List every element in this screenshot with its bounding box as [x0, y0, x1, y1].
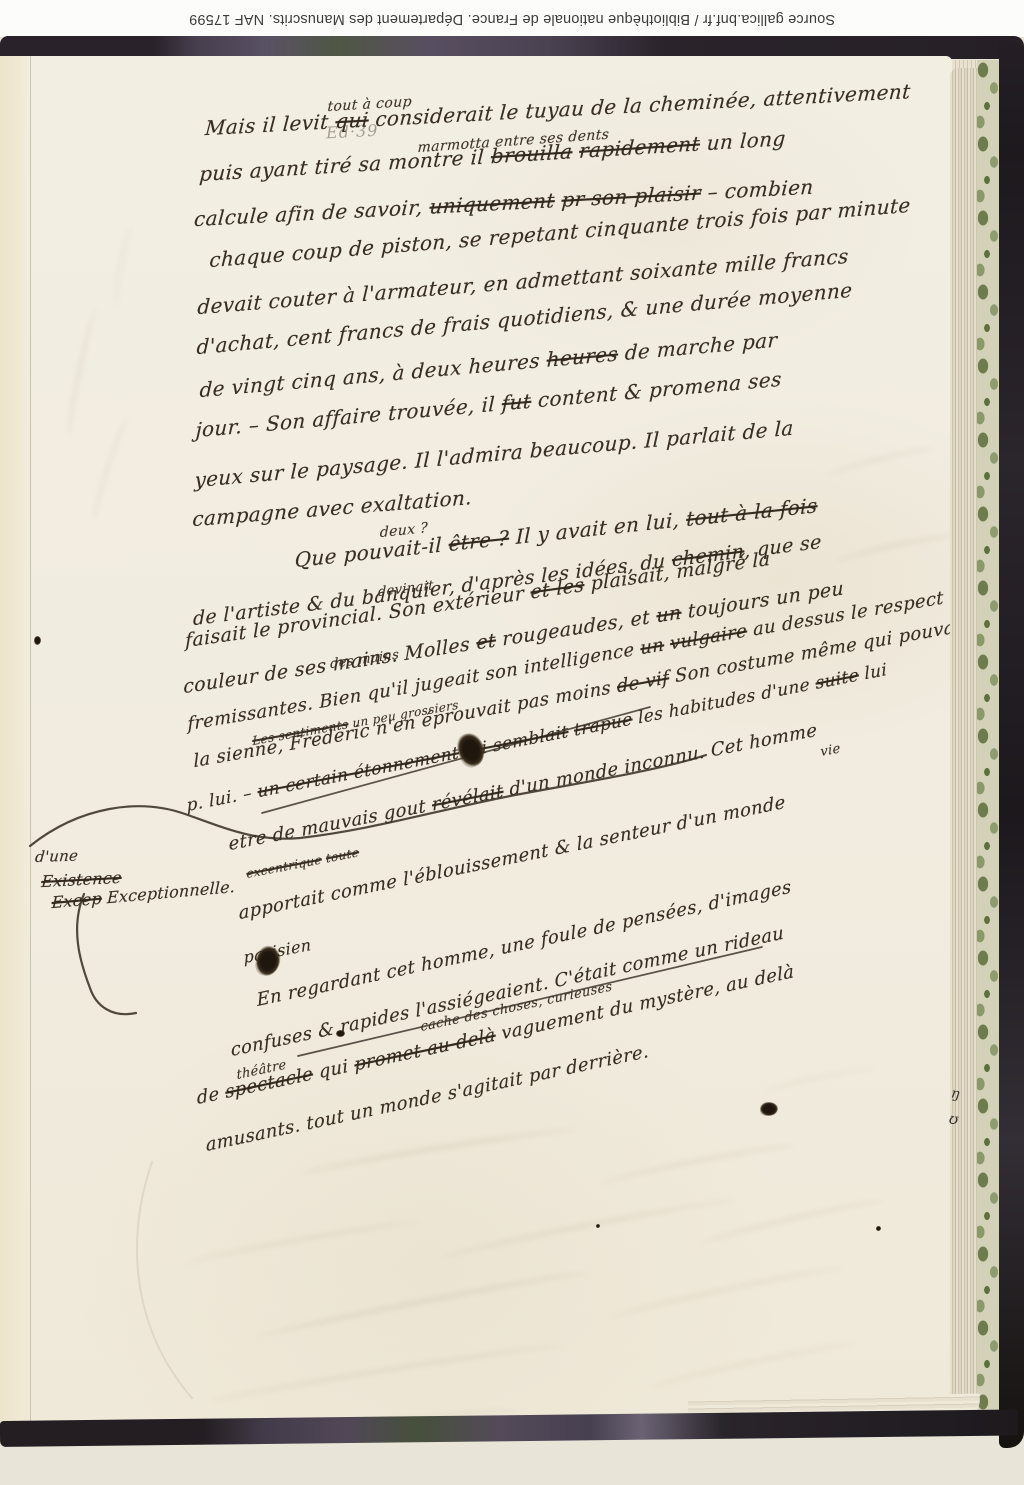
ink-blot: [453, 730, 489, 771]
manuscript-line: campagne avec exaltation.: [192, 485, 473, 531]
margin-note-line: d'une: [34, 847, 78, 867]
show-through-ghost: [609, 1262, 846, 1325]
interline-insertion: excentrique toute: [246, 845, 360, 881]
show-through-ghost: [209, 1340, 567, 1409]
show-through-ghost: [826, 444, 936, 483]
margin-bracket-line: [77, 894, 136, 1014]
show-through-ghost: [439, 1195, 736, 1265]
show-through-ghost: [64, 308, 104, 438]
show-through-ghost: [599, 1140, 798, 1191]
ink-blot: [876, 1226, 881, 1231]
ink-blot: [34, 636, 41, 645]
binding-right-edge: [999, 40, 1024, 1448]
faint-fold-line: [137, 1162, 192, 1398]
show-through-ghost: [254, 1267, 590, 1345]
show-through-ghost: [835, 531, 955, 569]
show-through-ghost: [759, 1063, 879, 1101]
show-through-ghost: [112, 227, 139, 308]
source-banner-text: Source gallica.bnf.fr / Bibliothèque nat…: [189, 11, 835, 27]
marbled-endpaper-edge: [977, 60, 1000, 1432]
show-through-ghost: [299, 1124, 578, 1181]
interline-insertion: vie: [820, 741, 841, 760]
show-through-ghost: [184, 1216, 423, 1270]
source-banner: Source gallica.bnf.fr / Bibliothèque nat…: [0, 0, 1024, 37]
page-gutter-crease: [0, 56, 31, 1428]
manuscript-page: Ed·39 Mais il levit qui considerait le t…: [0, 56, 952, 1428]
show-through-ghost: [89, 415, 135, 524]
book-fore-edge: [950, 68, 979, 1418]
ink-blot: [760, 1102, 778, 1116]
scanned-manuscript-page: Source gallica.bnf.fr / Bibliothèque nat…: [0, 0, 1024, 1485]
show-through-ghost: [649, 1338, 857, 1394]
